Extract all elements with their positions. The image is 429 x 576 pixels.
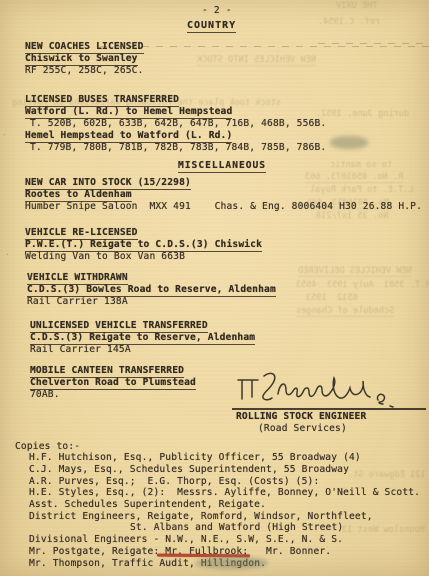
copies-line: District Engineers, Reigate, Romford, Wi… bbox=[29, 511, 373, 522]
bleedthrough-text: to so mantic bbox=[330, 160, 392, 170]
copies-line-prefix: Mr. Postgate, Reigate: bbox=[29, 546, 165, 557]
vehicle-list: RF 255C, 258C, 265C. bbox=[25, 65, 144, 76]
vehicle-list: T. 520B, 602B, 633B, 642B, 647B, 716B, 4… bbox=[30, 118, 326, 129]
copies-label: Copies to:- bbox=[15, 441, 80, 452]
bleedthrough-text: Schedule of Changes bbox=[296, 306, 394, 317]
route-line: Rootes to Aldenham bbox=[25, 189, 132, 202]
bleedthrough-text: 121 Edgware St. bbox=[348, 470, 426, 480]
copies-line: Asst. Schedules Superintendent, Reigate. bbox=[29, 499, 266, 510]
signature-handwriting bbox=[232, 368, 412, 410]
vehicle-list: Humber Snipe Saloon MXX 491 Chas. & Eng.… bbox=[25, 201, 422, 212]
bleedthrough-text: R. No. 0501073, 663 bbox=[305, 172, 403, 183]
scan-artifact-line bbox=[100, 46, 429, 47]
bleedthrough-text: NEW VEHICLES INTO STOCK bbox=[197, 55, 316, 66]
route-line: Watford (L. Rd.) to Hemel Hempstead bbox=[25, 106, 232, 119]
section-heading: NEW CAR INTO STOCK (15/2298) bbox=[25, 177, 191, 190]
route-line: C.D.S.(3) Reigate to Reserve, Aldenham bbox=[30, 332, 255, 345]
copies-line: C.J. Mays, Esq., Schedules Superintenden… bbox=[29, 464, 349, 475]
bleedthrough-text: ref. C.1954. bbox=[318, 17, 380, 27]
bleedthrough-text: NEW VEHICLES DELIVERED bbox=[298, 266, 412, 277]
scan-artifact-mark: - bbox=[2, 130, 7, 139]
route-line: Chiswick to Swanley bbox=[25, 53, 138, 66]
vehicle-list: Welding Van to Box Van 663B bbox=[25, 251, 185, 262]
copies-line: H.E. Styles, Esq., (2): Messrs. Ayliffe,… bbox=[29, 487, 420, 498]
vehicle-list: Rail Carrier 138A bbox=[27, 296, 128, 307]
scanned-document-page: THE UXIV ref. C.1954. NEW VEHICLES INTO … bbox=[0, 0, 429, 576]
page-title: COUNTRY bbox=[187, 20, 236, 33]
signature-subtitle: (Road Services) bbox=[258, 423, 347, 434]
bleedthrough-text: 6512 1953 bbox=[306, 293, 358, 303]
route-line: Hemel Hempstead to Watford (L. Rd.) bbox=[25, 130, 232, 143]
section-heading: VEHICLE WITHDRAWN bbox=[27, 272, 128, 285]
ink-smudge bbox=[196, 557, 268, 569]
section-heading: LICENSED BUSES TRANSFERRED bbox=[25, 94, 179, 107]
copies-line-suffix: Mr. Bonner. bbox=[248, 546, 331, 557]
copies-line-prefix: Mr. Thompson, Traffic Audit, bbox=[29, 558, 201, 569]
vehicle-list: T. 779B, 780B, 781B, 782B, 783B, 784B, 7… bbox=[30, 142, 326, 153]
page-number: - 2 - bbox=[202, 5, 232, 16]
signature-rule bbox=[232, 408, 426, 410]
bleedthrough-text: No. 35 1x7/218 bbox=[316, 211, 388, 221]
bleedthrough-text: Hounslow West 13 bbox=[342, 525, 425, 535]
bleedthrough-text: L.T.E. to Park Royal bbox=[310, 185, 413, 195]
bleedthrough-text: during June, 1952. bbox=[316, 109, 409, 119]
section-heading: MOBILE CANTEEN TRANSFERRED bbox=[30, 365, 184, 378]
vehicle-list: 70AB. bbox=[30, 389, 60, 400]
copies-line-continuation: St. Albans and Watford (High Street) bbox=[130, 522, 343, 533]
subsection-title: MISCELLANEOUS bbox=[178, 160, 266, 173]
copies-line: H.F. Hutchison, Esq., Publicity Officer,… bbox=[29, 452, 361, 463]
signature-title: ROLLING STOCK ENGINEER bbox=[236, 411, 366, 422]
scan-artifact-line bbox=[318, 43, 429, 44]
section-heading: UNLICENSED VEHICLE TRANSFERRED bbox=[30, 320, 208, 333]
scan-artifact-mark: . bbox=[5, 248, 10, 257]
section-heading: NEW COACHES LICENSED bbox=[25, 41, 144, 54]
section-heading: VEHICLE RE-LICENSED bbox=[25, 227, 138, 240]
route-line: C.D.S.(3) Bowles Road to Reserve, Aldenh… bbox=[27, 284, 276, 297]
copies-line: A.R. Purves, Esq.; E.G. Thorp, Esq. (Cos… bbox=[29, 476, 319, 487]
ink-smudge bbox=[330, 136, 368, 149]
route-line: Chelverton Road to Plumstead bbox=[30, 377, 196, 390]
vehicle-list: Rail Carrier 145A bbox=[30, 344, 131, 355]
route-line: P.W.E.(T.) Reigate to C.D.S.(3) Chiswick bbox=[25, 239, 262, 252]
bleedthrough-text: THE UXIV bbox=[336, 1, 377, 11]
copies-line: Divisional Engineers - N.W., N.E., S.W, … bbox=[29, 534, 343, 545]
bleedthrough-text: R.T. 3581 Auly 1953 4653 bbox=[296, 280, 429, 290]
